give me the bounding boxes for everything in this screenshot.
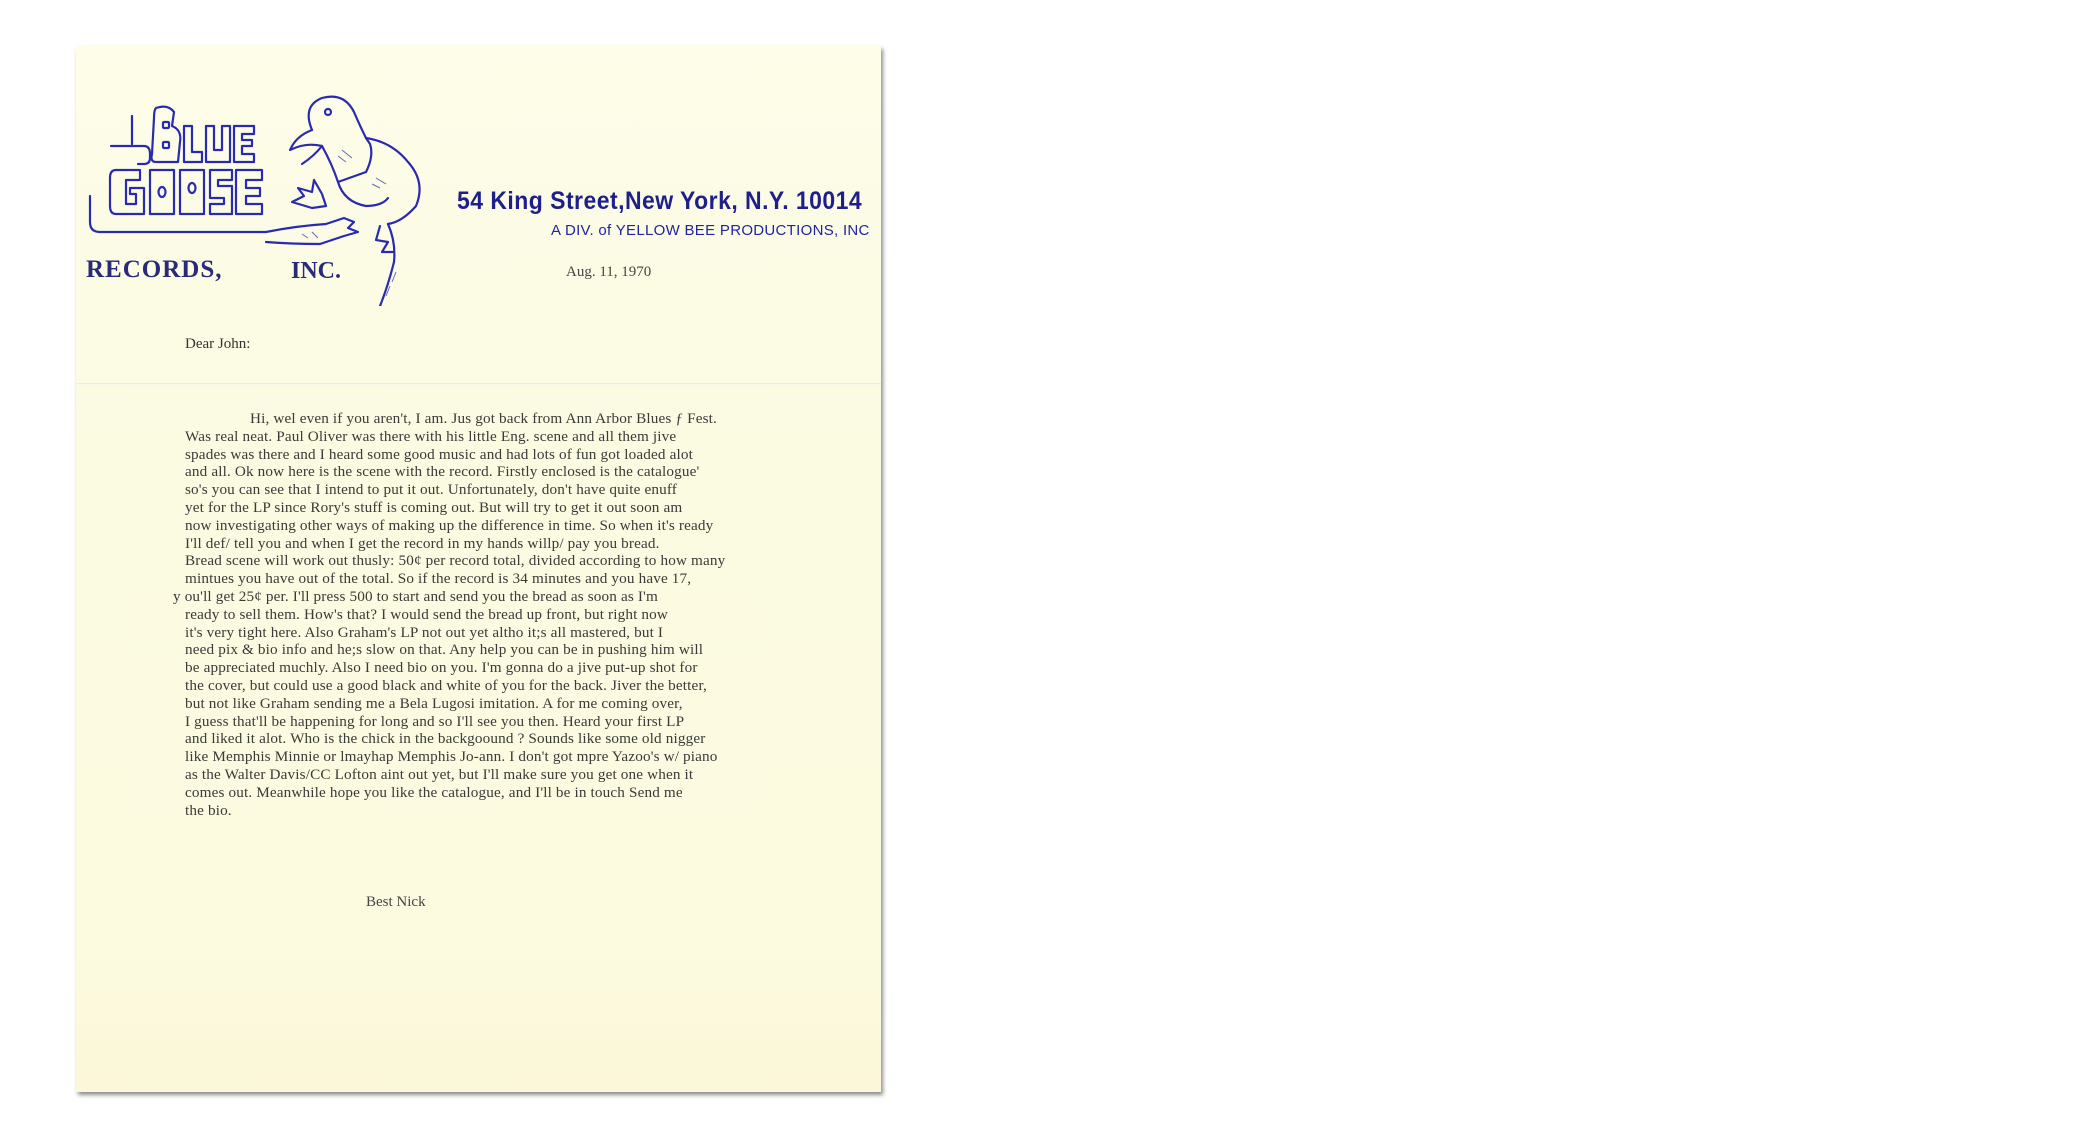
letter-line: now investigating other ways of making u… xyxy=(185,517,885,535)
letter-line: the cover, but could use a good black an… xyxy=(185,677,885,695)
letter-line: I'll def/ tell you and when I get the re… xyxy=(185,535,885,553)
letter-line: but not like Graham sending me a Bela Lu… xyxy=(185,695,885,713)
letter-line: Bread scene will work out thusly: 50¢ pe… xyxy=(185,552,885,570)
letter-line: mintues you have out of the total. So if… xyxy=(185,570,885,588)
records-label: RECORDS, xyxy=(86,256,223,284)
letter-line: and liked it alot. Who is the chick in t… xyxy=(185,730,885,748)
letter-date: Aug. 11, 1970 xyxy=(566,264,651,281)
letter-line: be appreciated muchly. Also I need bio o… xyxy=(185,659,885,677)
letter-line: spades was there and I heard some good m… xyxy=(185,446,885,464)
letter-page: RECORDS, INC. 54 King Street,New York, N… xyxy=(76,46,881,1092)
letter-body: Hi, wel even if you aren't, I am. Jus go… xyxy=(185,410,885,819)
salutation: Dear John: xyxy=(185,336,250,353)
letter-line: like Memphis Minnie or lmayhap Memphis J… xyxy=(185,748,885,766)
letter-line: it's very tight here. Also Graham's LP n… xyxy=(185,624,885,642)
letter-line: ready to sell them. How's that? I would … xyxy=(185,606,885,624)
letter-line: Was real neat. Paul Oliver was there wit… xyxy=(185,428,885,446)
letter-line: Hi, wel even if you aren't, I am. Jus go… xyxy=(185,410,885,428)
letterhead-division: A DIV. of YELLOW BEE PRODUCTIONS, INC xyxy=(551,222,870,239)
letter-line: and all. Ok now here is the scene with t… xyxy=(185,463,885,481)
letterhead-address: 54 King Street,New York, N.Y. 10014 xyxy=(457,187,862,216)
letter-line: I guess that'll be happening for long an… xyxy=(185,713,885,731)
letter-line: the bio. xyxy=(185,802,885,820)
signature: Best Nick xyxy=(366,894,426,911)
inc-label: INC. xyxy=(291,258,341,285)
letter-line: need pix & bio info and he;s slow on tha… xyxy=(185,641,885,659)
letter-line: comes out. Meanwhile hope you like the c… xyxy=(185,784,885,802)
letter-line: yet for the LP since Rory's stuff is com… xyxy=(185,499,885,517)
letter-line: as the Walter Davis/CC Lofton aint out y… xyxy=(185,766,885,784)
letter-line: so's you can see that I intend to put it… xyxy=(185,481,885,499)
paper-fold-line xyxy=(76,383,881,385)
letter-line: y ou'll get 25¢ per. I'll press 500 to s… xyxy=(173,588,885,606)
